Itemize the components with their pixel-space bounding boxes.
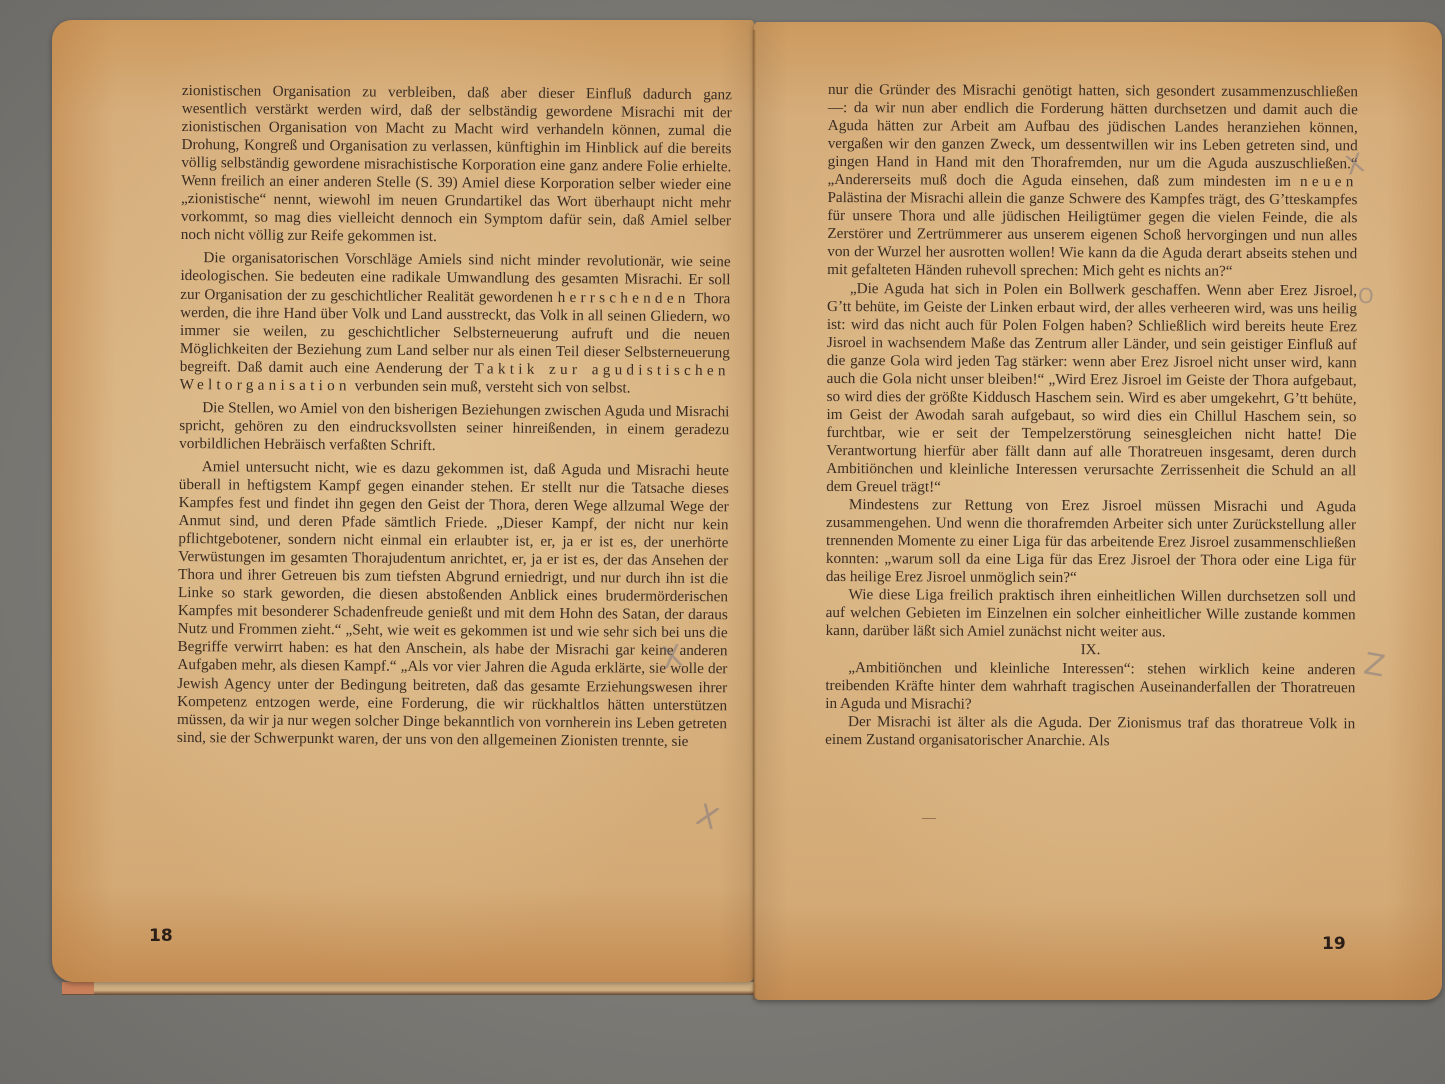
right-paragraph-4: Wie diese Liga freilich praktisch ihren … — [826, 586, 1356, 642]
right-paragraph-3: Mindestens zur Rettung von Erez Jisroel … — [826, 496, 1356, 589]
text-run: „Ambitiönchen und kleinliche Interessen“… — [825, 659, 1355, 713]
text-run: Wie diese Liga freilich praktisch ihren … — [826, 586, 1356, 640]
stray-mark — [922, 818, 936, 819]
text-run: Die Stellen, wo Amiel von den bisherigen… — [179, 399, 729, 454]
left-paragraph-3: Die Stellen, wo Amiel von den bisherigen… — [179, 399, 729, 457]
right-paragraph-1: nur die Gründer des Misrachi genötigt ha… — [827, 81, 1358, 282]
text-run: Amiel untersucht nicht, wie es dazu geko… — [177, 458, 729, 750]
section-heading: IX. — [825, 640, 1355, 660]
left-paragraph-4: Amiel untersucht nicht, wie es dazu geko… — [177, 458, 729, 751]
right-page-text: nur die Gründer des Misrachi genötigt ha… — [825, 81, 1358, 751]
left-page: zionistischen Organisation zu verbleiben… — [52, 20, 754, 982]
text-run: Palästina der Misrachi allein die ganze … — [827, 189, 1357, 280]
book-gutter — [752, 30, 756, 1000]
left-paragraph-2: Die organisatorischen Vorschläge Amiels … — [180, 249, 731, 398]
pencil-mark-icon: X — [692, 798, 723, 838]
page-number: 19 — [1322, 934, 1346, 954]
page-block-edge — [62, 982, 754, 995]
left-page-text: zionistischen Organisation zu verbleiben… — [177, 82, 732, 751]
section-paragraph-1: „Ambitiönchen und kleinliche Interessen“… — [825, 658, 1355, 714]
text-run: „Die Aguda hat sich in Polen ein Bollwer… — [826, 280, 1357, 496]
pencil-mark-icon: Z — [1361, 646, 1387, 684]
left-paragraph-1: zionistischen Organisation zu verbleiben… — [181, 82, 732, 249]
text-run: Mindestens zur Rettung von Erez Jisroel … — [826, 496, 1356, 586]
pencil-mark-icon: O — [1358, 284, 1374, 308]
edge-stain — [62, 982, 94, 994]
right-page: nur die Gründer des Misrachi genötigt ha… — [754, 22, 1442, 1000]
text-run: zionistischen Organisation zu verbleiben… — [181, 82, 732, 245]
page-number: 18 — [149, 926, 173, 946]
text-run: verbunden sein muß, versteht sich von se… — [351, 377, 631, 396]
right-paragraph-2: „Die Aguda hat sich in Polen ein Bollwer… — [826, 280, 1357, 499]
text-run: nur die Gründer des Misrachi genötigt ha… — [828, 81, 1358, 190]
emphasis-spaced: herrschenden — [558, 288, 690, 306]
section-paragraph-2: Der Misrachi ist älter als die Aguda. De… — [825, 713, 1355, 751]
text-run: Der Misrachi ist älter als die Aguda. De… — [825, 713, 1355, 749]
